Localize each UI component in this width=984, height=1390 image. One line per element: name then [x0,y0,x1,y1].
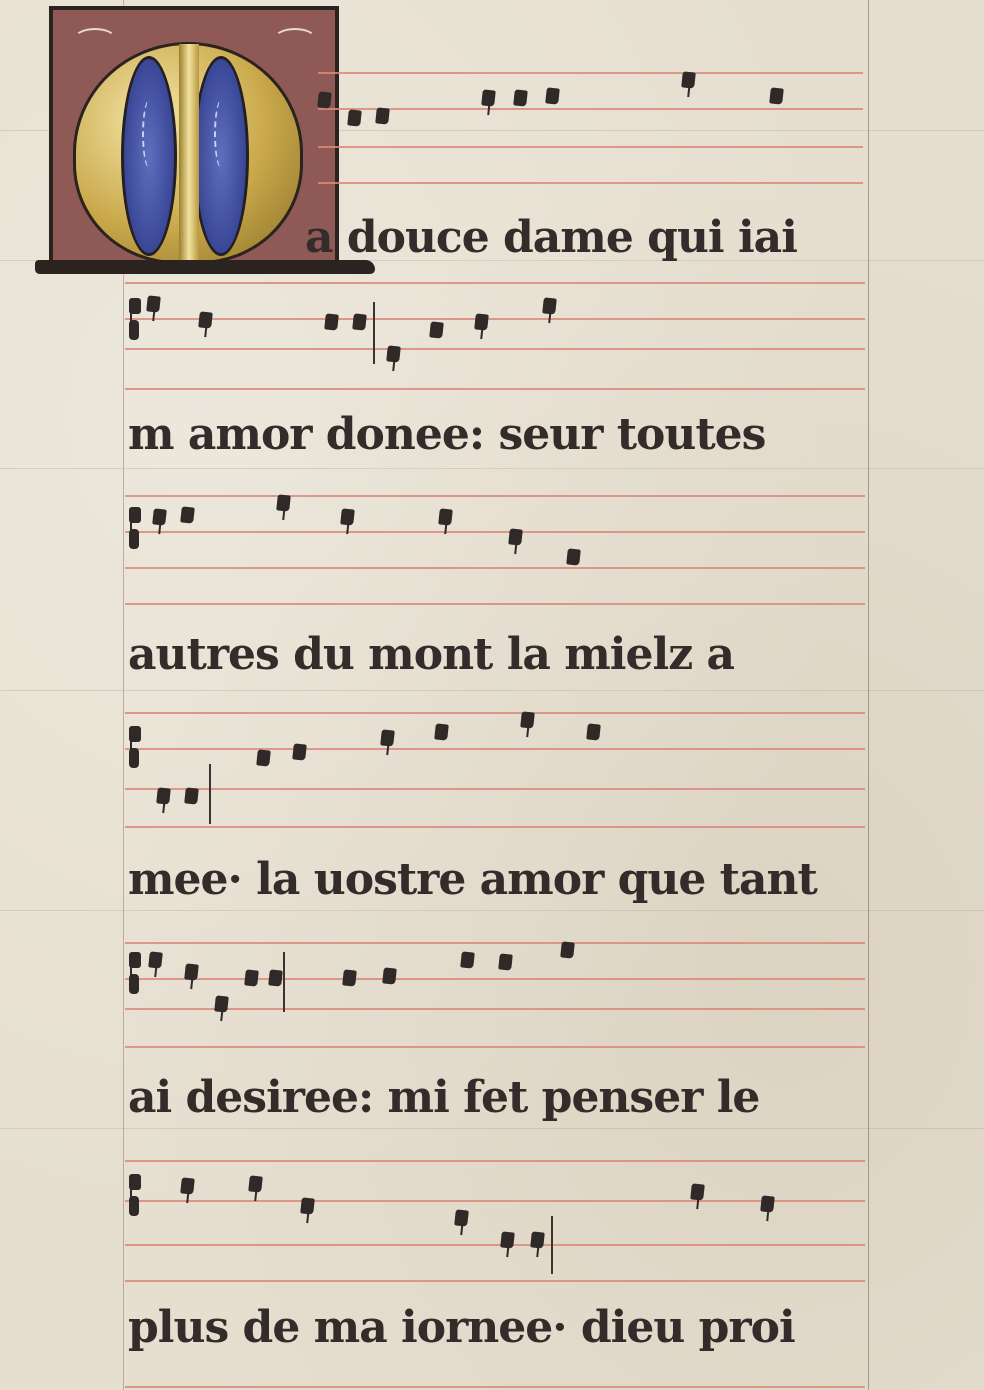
lyric-line-3: autres du mont la mielz a [128,625,868,685]
neume-note [454,1209,469,1226]
neume-note [214,995,229,1012]
neume-note [268,969,283,986]
neume-note [300,1197,315,1214]
neume-note [146,295,161,312]
neume-note [184,787,199,804]
neume-note [520,711,535,728]
neume-note [198,311,213,328]
manuscript-page: a douce dame qui iai m amor donee: seur … [0,0,984,1390]
dry-ruling-line [0,1128,984,1129]
lyric-line-1: a douce dame qui iai [305,208,984,268]
neume-note [500,1231,515,1248]
neume-note [156,787,171,804]
division-bar [283,952,285,1012]
neume-note [382,967,397,984]
flourish-ornament [273,28,317,52]
neume-note [460,951,475,968]
neume-note [324,313,339,330]
neume-note [148,951,163,968]
flourish-ornament [73,28,117,52]
neume-note [352,313,367,330]
c-clef-icon [129,952,141,996]
neume-note [342,969,357,986]
staff-line-bottom [125,1386,865,1388]
neume-note [760,1195,775,1212]
neume-note [180,506,195,523]
neume-note [560,941,575,958]
division-bar [209,764,211,824]
neume-note [545,87,560,104]
lyric-line-6: plus de ma iornee· dieu proi [128,1298,868,1358]
neume-note [429,321,444,338]
dry-ruling-line [0,468,984,469]
neume-note [244,969,259,986]
dry-ruling-line [0,690,984,691]
neume-note [769,87,784,104]
neume-note [256,749,271,766]
gold-center-stem [179,44,199,264]
neume-note [248,1175,263,1192]
neume-note [586,723,601,740]
division-bar [551,1216,553,1274]
neume-note [180,1177,195,1194]
neume-note [317,91,332,108]
neume-note [340,508,355,525]
neume-note [508,528,523,545]
neume-note [438,508,453,525]
division-bar [373,302,375,364]
neume-note [681,71,696,88]
c-clef-icon [129,726,141,770]
blue-counter-right [193,56,249,256]
c-clef-icon [129,507,141,551]
neume-note [375,107,390,124]
neume-note [347,109,362,126]
neume-note [474,313,489,330]
neume-note [498,953,513,970]
neume-note [513,89,528,106]
lyric-line-5: ai desiree: mi fet penser le [128,1068,868,1128]
neume-note [184,963,199,980]
neume-note [542,297,557,314]
neume-note [434,723,449,740]
neume-note [690,1183,705,1200]
neume-note [380,729,395,746]
c-clef-icon [129,1174,141,1218]
neume-note [152,508,167,525]
neume-note [530,1231,545,1248]
neume-note [276,494,291,511]
neume-note [292,743,307,760]
dry-ruling-line [0,910,984,911]
c-clef-icon [129,298,141,342]
neume-note [481,89,496,106]
lyric-line-2: m amor donee: seur toutes [128,405,868,465]
lyric-line-4: mee· la uostre amor que tant [128,850,868,910]
neume-note [566,548,581,565]
blue-counter-left [121,56,177,256]
neume-note [386,345,401,362]
